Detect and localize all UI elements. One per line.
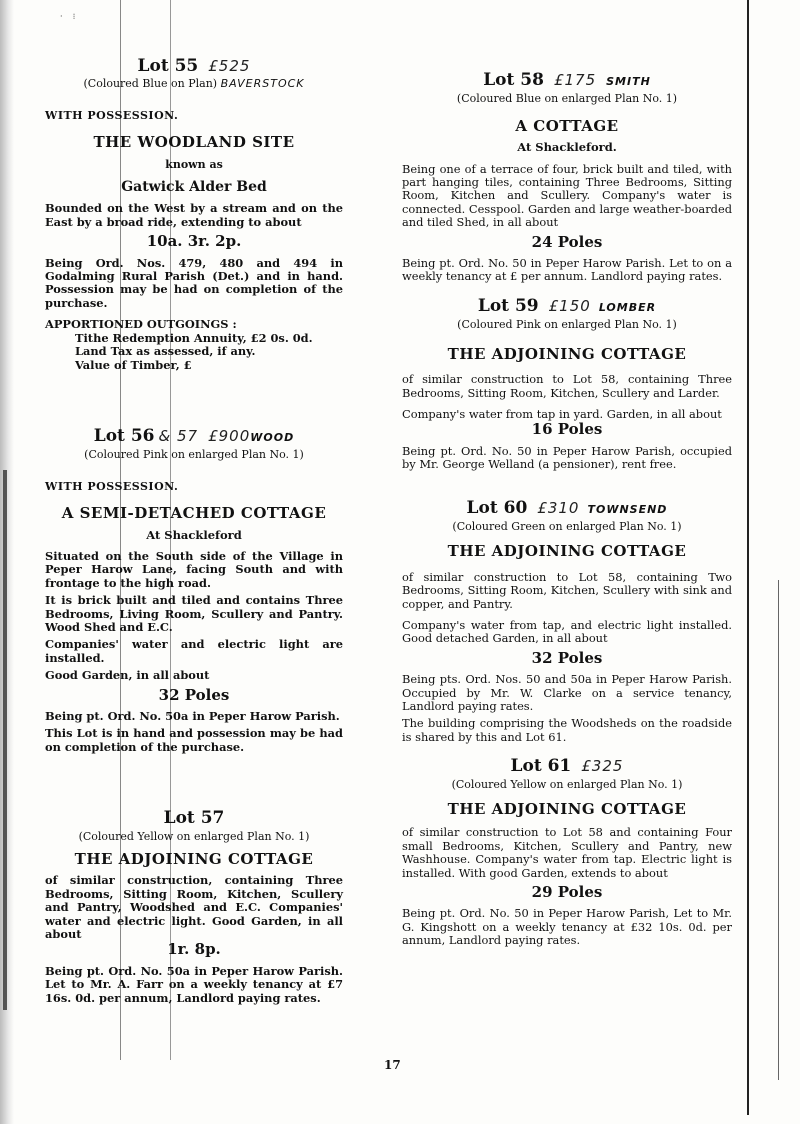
- handwritten-price: £525: [208, 57, 250, 75]
- handwritten-price: £900: [208, 427, 250, 445]
- lot-title: Lot 56& 57£900WOOD: [45, 430, 343, 444]
- description: Companies' water and electric light are …: [45, 638, 343, 665]
- right-column: Lot 58£175SMITH (Coloured Blue on enlarg…: [402, 60, 732, 948]
- water-supply: Company's water from tap, and electric l…: [402, 619, 732, 646]
- lot-heading: THE ADJOINING COTTAGE: [402, 803, 732, 816]
- lot-title: Lot 55£525: [45, 60, 343, 73]
- page-number: 17: [384, 1058, 401, 1072]
- plan-note: (Coloured Green on enlarged Plan No. 1): [402, 520, 732, 533]
- handwritten-buyer: LOMBER: [599, 301, 656, 314]
- lot-heading: A COTTAGE: [402, 120, 732, 133]
- area: 10a. 3r. 2p.: [45, 235, 343, 248]
- description: Bounded on the West by a stream and on t…: [45, 202, 343, 229]
- plan-note: (Coloured Pink on enlarged Plan No. 1): [402, 318, 732, 331]
- plan-note: (Coloured Blue on Plan) BAVERSTOCK: [45, 77, 343, 90]
- description: of similar construction to Lot 58, conta…: [402, 373, 732, 400]
- details: Being pt. Ord. No. 50 in Peper Harow Par…: [402, 907, 732, 947]
- area: 32 Poles: [45, 689, 343, 702]
- description: Situated on the South side of the Villag…: [45, 550, 343, 590]
- lot-heading: A SEMI-DETACHED COTTAGE: [45, 507, 343, 520]
- lot-55: Lot 55£525 (Coloured Blue on Plan) BAVER…: [45, 60, 343, 372]
- handwritten-price: £150: [549, 297, 591, 315]
- scanned-page: · ⁝ Lot 55£525 (Coloured Blue on Plan) B…: [0, 0, 800, 1124]
- handwritten-buyer: TOWNSEND: [587, 503, 667, 516]
- location: At Shackleford: [45, 529, 343, 542]
- handwritten-buyer: SMITH: [606, 75, 651, 88]
- lot-heading: THE ADJOINING COTTAGE: [45, 853, 343, 866]
- location: At Shackleford.: [402, 141, 732, 154]
- area: 24 Poles: [402, 236, 732, 249]
- lot-title: Lot 57: [45, 812, 343, 825]
- details: Being pt. Ord. No. 50 in Peper Harow Par…: [402, 257, 732, 284]
- property-name: Gatwick Alder Bed: [45, 181, 343, 194]
- scan-right-edge: [747, 0, 749, 1115]
- plan-note: (Coloured Pink on enlarged Plan No. 1): [45, 448, 343, 461]
- handwritten-price: £325: [581, 757, 623, 775]
- scan-specks: · ⁝: [60, 12, 75, 21]
- lot-heading: THE ADJOINING COTTAGE: [402, 545, 732, 558]
- area: 32 Poles: [402, 652, 732, 665]
- lot-60: Lot 60£310TOWNSEND (Coloured Green on en…: [402, 502, 732, 745]
- lot-title: Lot 59£150LOMBER: [402, 300, 732, 314]
- plan-note: (Coloured Yellow on enlarged Plan No. 1): [45, 830, 343, 843]
- details: Being pt. Ord. No. 50a in Peper Harow Pa…: [45, 965, 343, 1005]
- area: 29 Poles: [402, 886, 732, 899]
- left-column: Lot 55£525 (Coloured Blue on Plan) BAVER…: [45, 60, 343, 1005]
- lot-title: Lot 58£175SMITH: [402, 74, 732, 88]
- possession-label: WITH POSSESSION.: [45, 480, 343, 493]
- handwritten-price: £175: [554, 71, 596, 89]
- water-supply: Company's water from tap in yard. Garden…: [402, 408, 732, 421]
- lot-61: Lot 61£325 (Coloured Yellow on enlarged …: [402, 760, 732, 947]
- description: It is brick built and tiled and contains…: [45, 594, 343, 634]
- area: 1r. 8p.: [45, 943, 343, 956]
- scan-shadow: [3, 470, 7, 1010]
- handwritten-price: £310: [537, 499, 579, 517]
- outgoings-list: Tithe Redemption Annuity, £2 0s. 0d. Lan…: [45, 332, 343, 372]
- details: Being pts. Ord. Nos. 50 and 50a in Peper…: [402, 673, 732, 713]
- plan-note: (Coloured Blue on enlarged Plan No. 1): [402, 92, 732, 105]
- description: of similar construction to Lot 58, conta…: [402, 571, 732, 611]
- possession-label: WITH POSSESSION.: [45, 109, 343, 122]
- description: of similar construction, containing Thre…: [45, 874, 343, 941]
- details: Being pt. Ord. No. 50 in Peper Harow Par…: [402, 445, 732, 472]
- description: Being one of a terrace of four, brick bu…: [402, 163, 732, 230]
- lot-title: Lot 60£310TOWNSEND: [402, 502, 732, 516]
- description: of similar construction to Lot 58 and co…: [402, 826, 732, 880]
- plan-note: (Coloured Yellow on enlarged Plan No. 1): [402, 778, 732, 791]
- details: Being pt. Ord. No. 50a in Peper Harow Pa…: [45, 710, 343, 723]
- lot-56: Lot 56& 57£900WOOD (Coloured Pink on enl…: [45, 430, 343, 754]
- handwritten-buyer: BAVERSTOCK: [221, 77, 305, 90]
- lot-title: Lot 61£325: [402, 760, 732, 773]
- description: Good Garden, in all about: [45, 669, 343, 682]
- known-as: known as: [45, 158, 343, 171]
- shared-building-note: The building comprising the Woodsheds on…: [402, 717, 732, 744]
- area: 16 Poles: [402, 423, 732, 436]
- lot-57: Lot 57 (Coloured Yellow on enlarged Plan…: [45, 812, 343, 1005]
- outgoing-item: Land Tax as assessed, if any.: [75, 345, 343, 358]
- lot-59: Lot 59£150LOMBER (Coloured Pink on enlar…: [402, 300, 732, 472]
- outgoings-title: APPORTIONED OUTGOINGS :: [45, 318, 343, 331]
- outgoing-item: Tithe Redemption Annuity, £2 0s. 0d.: [75, 332, 343, 345]
- details: Being Ord. Nos. 479, 480 and 494 in Goda…: [45, 257, 343, 311]
- lot-heading: THE ADJOINING COTTAGE: [402, 348, 732, 361]
- details: This Lot is in hand and possession may b…: [45, 727, 343, 754]
- outgoing-item: Value of Timber, £: [75, 359, 343, 372]
- lot-heading: THE WOODLAND SITE: [45, 136, 343, 149]
- scan-right-edge: [778, 580, 779, 1080]
- handwritten-lots: & 57: [159, 427, 199, 445]
- handwritten-buyer: WOOD: [250, 431, 294, 444]
- lot-58: Lot 58£175SMITH (Coloured Blue on enlarg…: [402, 74, 732, 284]
